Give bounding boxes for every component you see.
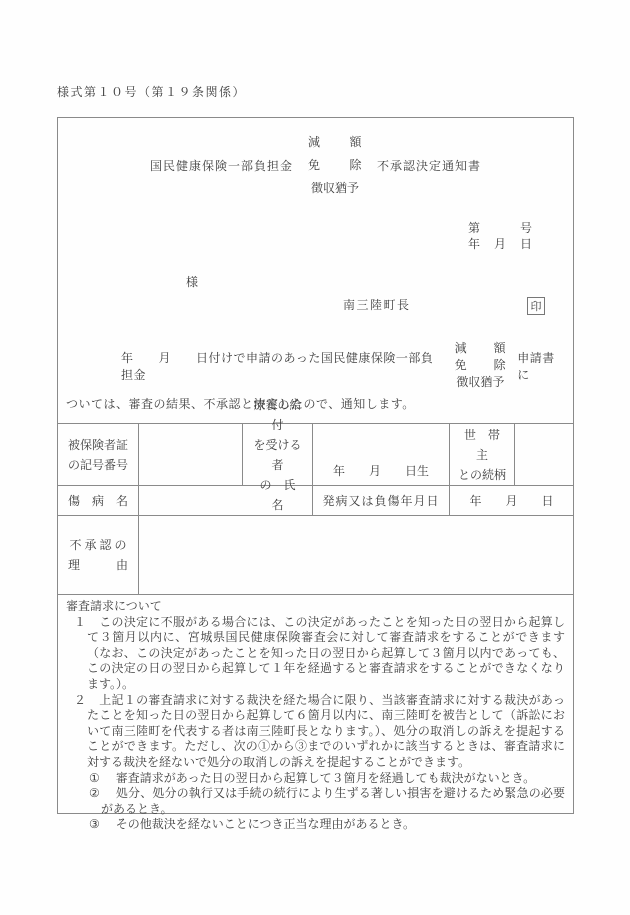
- rejection-reason-field: [139, 516, 573, 594]
- request-line: 年 月 日付けで申請のあった国民健康保険一部負担金 減額 免除 徴収猶予 申請書…: [66, 340, 565, 391]
- appeal-subnote-2: ②処分、処分の執行又は手続の続行により生ずる著しい損害を避けるため緊急の必要があ…: [66, 786, 565, 817]
- title-options-stack: 減額 免除 徴収猶予: [308, 131, 362, 200]
- appeal-notes: 審査請求について １この決定に不服がある場合には、この決定があったことを知った日…: [58, 595, 573, 833]
- doc-number-line: 第 号: [468, 220, 533, 236]
- appeal-subnote-1-number: ①: [89, 771, 100, 785]
- title-option-exemption: 免除: [308, 154, 362, 177]
- insured-cert-number-label-cell: 被保険者証 の記号番号: [58, 424, 139, 486]
- doc-number-date-block: 第 号 年 月 日: [468, 220, 533, 252]
- onset-date-field: 年 月 日: [450, 486, 573, 516]
- onset-date-label: 発病又は負傷年月日: [322, 491, 439, 511]
- appeal-note-2: ２上記１の審査請求に対する裁決を経た場合に限り、当該審査請求に対する裁決があった…: [66, 693, 565, 771]
- householder-relation-label: 世 帯 主 との続柄: [456, 425, 508, 485]
- disease-name-label-cell: 傷 病 名: [58, 486, 139, 516]
- appeal-subnote-3-text: その他裁決を経ないことにつき正当な理由があるとき。: [116, 817, 415, 831]
- result-line: ついては、審査の結果、不承認と決定したので、通知します。: [66, 395, 565, 412]
- document-page: 様式第１０号（第１９条関係） 国民健康保険一部負担金 減額 免除 徴収猶予 不承…: [0, 0, 630, 915]
- body-options-stack: 減額 免除 徴収猶予: [455, 340, 507, 391]
- appeal-note-1-text: この決定に不服がある場合には、この決定があったことを知った日の翌日から起算して３…: [87, 615, 565, 691]
- onset-date-label-cell: 発病又は負傷年月日: [313, 486, 450, 516]
- addressee-honorific: 様: [186, 273, 199, 290]
- body-option-reduction: 減額: [455, 340, 507, 357]
- request-suffix: 申請書に: [517, 349, 565, 383]
- body-option-deferral: 徴収猶予: [455, 374, 507, 391]
- appeal-subnote-2-number: ②: [89, 786, 100, 800]
- householder-relation-field: [515, 424, 573, 486]
- notice-header: 国民健康保険一部負担金 減額 免除 徴収猶予 不承認決定通知書 第 号 年 月 …: [58, 118, 573, 424]
- insured-cert-number-label: 被保険者証 の記号番号: [68, 435, 128, 475]
- householder-relation-label-cell: 世 帯 主 との続柄: [450, 424, 515, 486]
- rejection-reason-label: 不 承 認 の 理 由: [68, 535, 128, 575]
- title-suffix: 不承認決定通知書: [377, 157, 481, 174]
- disease-name-label: 傷 病 名: [68, 491, 128, 511]
- form-number: 様式第１０号（第１９条関係）: [57, 83, 246, 100]
- doc-date-line: 年 月 日: [468, 236, 533, 252]
- care-recipient-label-cell: 療養の給付 を受ける者 の 氏 名: [243, 424, 313, 486]
- document-title: 国民健康保険一部負担金 減額 免除 徴収猶予 不承認決定通知書: [58, 131, 573, 200]
- appeal-subnote-1-text: 審査請求があった日の翌日から起算して３箇月を経過しても裁決がないとき。: [116, 771, 535, 785]
- appeal-subnote-3: ③その他裁決を経ないことにつき正当な理由があるとき。: [66, 817, 565, 833]
- title-option-deferral: 徴収猶予: [308, 177, 362, 200]
- insured-cert-number-field: [139, 424, 243, 486]
- title-option-reduction: 減額: [308, 131, 362, 154]
- issuer-name: 南三陸町長: [343, 296, 411, 313]
- appeal-subnote-3-number: ③: [89, 817, 100, 831]
- seal-mark: 印: [527, 297, 545, 315]
- onset-date-ymd-label: 年 月 日: [469, 491, 553, 511]
- birth-date-field: 年 月 日生: [313, 424, 450, 486]
- body-option-exemption: 免除: [455, 357, 507, 374]
- appeal-note-2-number: ２: [74, 693, 86, 707]
- appeal-notes-heading: 審査請求について: [66, 599, 565, 615]
- appeal-note-1-number: １: [74, 615, 86, 629]
- appeal-note-1: １この決定に不服がある場合には、この決定があったことを知った日の翌日から起算して…: [66, 615, 565, 693]
- title-subject: 国民健康保険一部負担金: [150, 157, 293, 174]
- appeal-subnote-2-text: 処分、処分の執行又は手続の続行により生ずる著しい損害を避けるため緊急の必要がある…: [101, 786, 565, 816]
- appeal-subnote-1: ①審査請求があった日の翌日から起算して３箇月を経過しても裁決がないとき。: [66, 771, 565, 787]
- request-prefix: 年 月 日付けで申請のあった国民健康保険一部負担金: [121, 349, 444, 383]
- notice-box: 国民健康保険一部負担金 減額 免除 徴収猶予 不承認決定通知書 第 号 年 月 …: [57, 117, 574, 814]
- birth-date-label: 年 月 日生: [333, 461, 429, 481]
- applicant-table: 被保険者証 の記号番号 療養の給付 を受ける者 の 氏 名 年 月 日生 世 帯…: [58, 424, 573, 595]
- disease-name-field: [139, 486, 313, 516]
- rejection-reason-label-cell: 不 承 認 の 理 由: [58, 516, 139, 594]
- notification-paragraph: 年 月 日付けで申請のあった国民健康保険一部負担金 減額 免除 徴収猶予 申請書…: [66, 340, 565, 412]
- appeal-note-2-text: 上記１の審査請求に対する裁決を経た場合に限り、当該審査請求に対する裁決があったこ…: [87, 693, 565, 769]
